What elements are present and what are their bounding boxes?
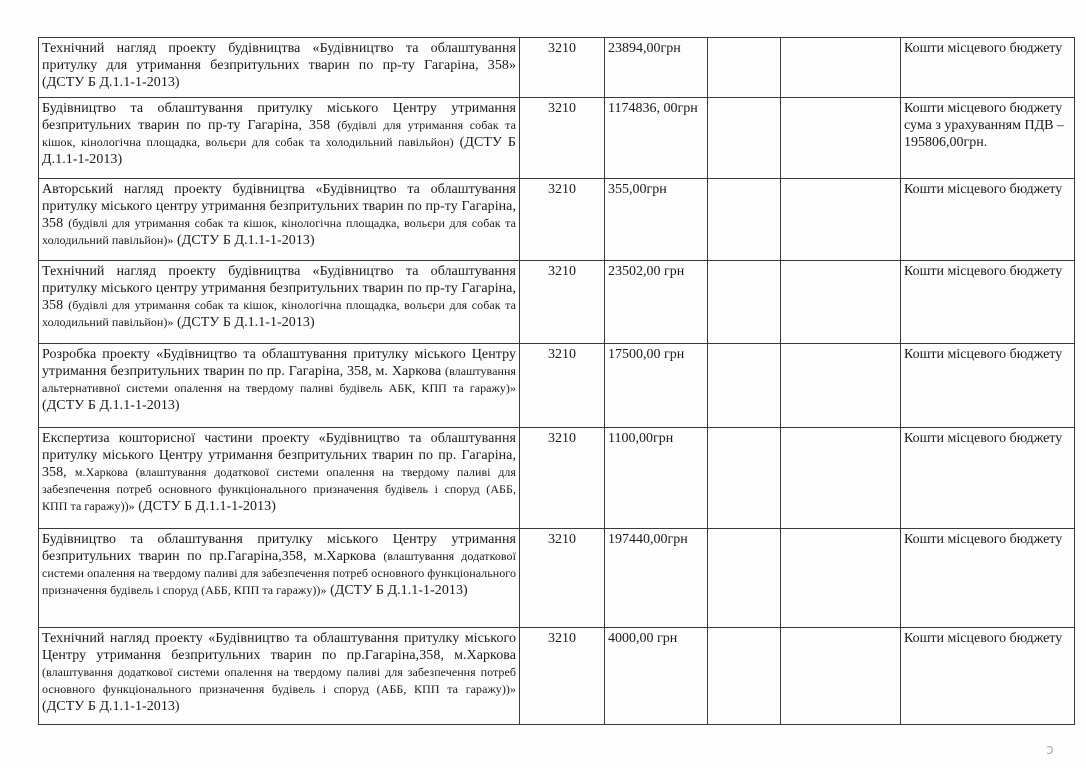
empty-cell bbox=[708, 428, 781, 529]
funding-source-cell: Кошти місцевого бюджету bbox=[901, 261, 1075, 344]
table-row: Експертиза кошторисної частини проекту «… bbox=[39, 428, 1075, 529]
funding-source-cell: Кошти місцевого бюджету bbox=[901, 179, 1075, 261]
table-row: Розробка проекту «Будівництво та облашту… bbox=[39, 344, 1075, 428]
funding-source-cell: Кошти місцевого бюджету сума з урахуванн… bbox=[901, 98, 1075, 179]
description-cell: Експертиза кошторисної частини проекту «… bbox=[39, 428, 520, 529]
amount-cell: 197440,00грн bbox=[605, 529, 708, 628]
description-cell: Авторський нагляд проекту будівництва «Б… bbox=[39, 179, 520, 261]
budget-code-cell: 3210 bbox=[520, 628, 605, 725]
empty-cell bbox=[781, 38, 901, 98]
description-standard: (ДСТУ Б Д.1.1-1-2013) bbox=[135, 499, 276, 514]
funding-source-cell: Кошти місцевого бюджету bbox=[901, 628, 1075, 725]
funding-source-cell: Кошти місцевого бюджету bbox=[901, 38, 1075, 98]
empty-cell bbox=[708, 98, 781, 179]
description-cell: Розробка проекту «Будівництво та облашту… bbox=[39, 344, 520, 428]
amount-cell: 17500,00 грн bbox=[605, 344, 708, 428]
table-row: Технічний нагляд проекту будівництва «Бу… bbox=[39, 38, 1075, 98]
amount-cell: 1100,00грн bbox=[605, 428, 708, 529]
description-cell: Будівництво та облаштування притулку міс… bbox=[39, 529, 520, 628]
empty-cell bbox=[708, 179, 781, 261]
amount-cell: 23502,00 грн bbox=[605, 261, 708, 344]
amount-cell: 355,00грн bbox=[605, 179, 708, 261]
empty-cell bbox=[708, 261, 781, 344]
budget-code-cell: 3210 bbox=[520, 261, 605, 344]
document-page: Технічний нагляд проекту будівництва «Бу… bbox=[0, 0, 1086, 768]
description-standard: (ДСТУ Б Д.1.1-1-2013) bbox=[327, 583, 468, 598]
table-row: Авторський нагляд проекту будівництва «Б… bbox=[39, 179, 1075, 261]
budget-table: Технічний нагляд проекту будівництва «Бу… bbox=[38, 37, 1075, 725]
budget-code-cell: 3210 bbox=[520, 179, 605, 261]
page-number-mark: ↄ bbox=[1046, 742, 1054, 758]
amount-cell: 4000,00 грн bbox=[605, 628, 708, 725]
description-detail: м.Харкова (влаштування додаткової систем… bbox=[42, 465, 516, 513]
description-cell: Технічний нагляд проекту будівництва «Бу… bbox=[39, 38, 520, 98]
description-main: Технічний нагляд проекту будівництва «Бу… bbox=[42, 41, 516, 90]
description-standard: (ДСТУ Б Д.1.1-1-2013) bbox=[42, 699, 180, 714]
budget-code-cell: 3210 bbox=[520, 344, 605, 428]
empty-cell bbox=[781, 261, 901, 344]
funding-source-cell: Кошти місцевого бюджету bbox=[901, 529, 1075, 628]
description-main: Технічний нагляд проекту «Будівництво та… bbox=[42, 631, 516, 663]
table-row: Технічний нагляд проекту будівництва «Бу… bbox=[39, 261, 1075, 344]
amount-cell: 23894,00грн bbox=[605, 38, 708, 98]
empty-cell bbox=[781, 344, 901, 428]
description-standard: (ДСТУ Б Д.1.1-1-2013) bbox=[173, 315, 314, 330]
empty-cell bbox=[708, 38, 781, 98]
budget-code-cell: 3210 bbox=[520, 529, 605, 628]
description-cell: Будівництво та облаштування притулку міс… bbox=[39, 98, 520, 179]
empty-cell bbox=[781, 179, 901, 261]
funding-source-cell: Кошти місцевого бюджету bbox=[901, 428, 1075, 529]
empty-cell bbox=[708, 344, 781, 428]
description-standard: (ДСТУ Б Д.1.1-1-2013) bbox=[173, 233, 314, 248]
empty-cell bbox=[781, 628, 901, 725]
description-cell: Технічний нагляд проекту «Будівництво та… bbox=[39, 628, 520, 725]
budget-code-cell: 3210 bbox=[520, 428, 605, 529]
description-detail: (влаштування додаткової системи опалення… bbox=[42, 665, 516, 696]
funding-source-cell: Кошти місцевого бюджету bbox=[901, 344, 1075, 428]
description-standard: (ДСТУ Б Д.1.1-1-2013) bbox=[42, 398, 180, 413]
table-row: Будівництво та облаштування притулку міс… bbox=[39, 529, 1075, 628]
table-row: Будівництво та облаштування притулку міс… bbox=[39, 98, 1075, 179]
empty-cell bbox=[708, 628, 781, 725]
amount-cell: 1174836, 00грн bbox=[605, 98, 708, 179]
empty-cell bbox=[781, 98, 901, 179]
description-cell: Технічний нагляд проекту будівництва «Бу… bbox=[39, 261, 520, 344]
empty-cell bbox=[708, 529, 781, 628]
budget-code-cell: 3210 bbox=[520, 98, 605, 179]
empty-cell bbox=[781, 428, 901, 529]
table-row: Технічний нагляд проекту «Будівництво та… bbox=[39, 628, 1075, 725]
budget-code-cell: 3210 bbox=[520, 38, 605, 98]
empty-cell bbox=[781, 529, 901, 628]
